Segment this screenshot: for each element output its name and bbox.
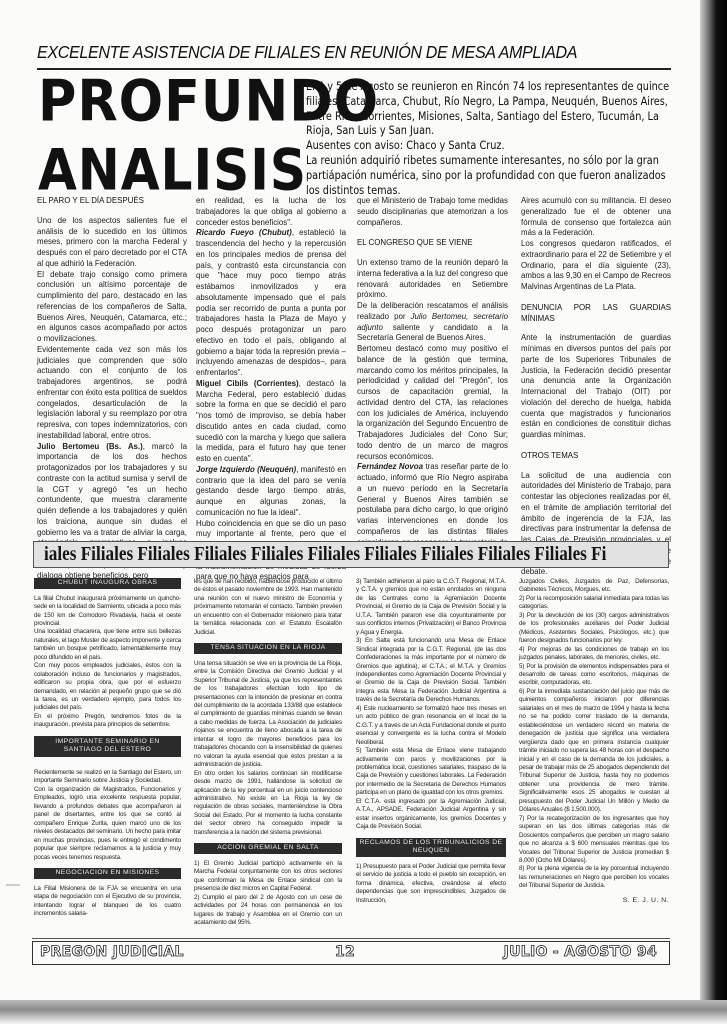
speaker-quote: , estableció la trascendencia del hecho … <box>196 228 346 377</box>
page-number: 12 <box>335 944 355 960</box>
news-paragraph: 3) En Salta está funcionando una Mesa de… <box>356 637 506 705</box>
article-paragraph: Jorge Izquierdo (Neuquén), manifestó en … <box>196 465 346 519</box>
news-paragraph: 3) Por la devolución de los (30) cargos … <box>519 612 669 646</box>
news-paragraph: La Filial Misionera de la FJA se encuent… <box>34 885 181 919</box>
news-heading-misiones: NEGOCIACION EN MISIONES <box>34 868 181 879</box>
footer-rule-divider <box>32 938 670 939</box>
news-paragraph: Una localidad chacarera, que tiene entre… <box>34 628 181 662</box>
article-column-1: EL PARO Y EL DÍA DESPUÉS Uno de los aspe… <box>37 196 187 581</box>
filiales-banner: iales Filiales Filiales Filiales Filiale… <box>33 541 669 568</box>
kicker-headline: EXCELENTE ASISTENCIA DE FILIALES EN REUN… <box>37 42 618 63</box>
section-heading-otros-temas: OTROS TEMAS <box>521 451 671 462</box>
news-paragraph: Con muy pocos empleados judiciales, ésto… <box>34 662 181 713</box>
article-paragraph: De la deliberación rescatamos el análisi… <box>357 301 508 344</box>
main-headline-line2: ANALISIS <box>38 137 307 203</box>
article-paragraph: Miguel Cibils (Corrientes), destacó la M… <box>196 379 346 465</box>
speaker-name: Miguel Cibils (Corrientes) <box>196 379 299 388</box>
section-heading-congreso: EL CONGRESO QUE SE VIENE <box>357 238 508 249</box>
lead-text-2: Ausentes con aviso: Chaco y Santa Cruz. <box>306 139 676 154</box>
section-heading-paro: EL PARO Y EL DÍA DESPUÉS <box>37 196 187 207</box>
news-paragraph: 1) Presupuesto para el Poder Judicial qu… <box>356 863 506 905</box>
news-paragraph: Con la organización de Magistrados, Func… <box>34 786 181 862</box>
news-heading-salta: ACCION GREMIAL EN SALTA <box>194 843 342 854</box>
news-column-3: 3) También adhirieron al paro la C.G.T. … <box>356 578 506 905</box>
news-paragraph: Recientemente se realizó en la Santiago … <box>34 769 181 786</box>
spacer <box>521 293 671 303</box>
news-paragraph: 4) Este nucleamiento se formalizó hace t… <box>356 705 506 747</box>
news-paragraph: 3) También adhirieron al paro la C.G.T. … <box>356 578 506 637</box>
news-paragraph: En el próximo Pregón, tendremos fotos de… <box>34 713 181 730</box>
news-paragraph: En otro orden los salarios continúan sin… <box>194 770 342 838</box>
speaker-name: Julio Bertomeu (Bs. As.) <box>37 442 143 451</box>
news-heading-santiago: IMPORTANTE SEMINARIO EN SANTIAGO DEL EST… <box>34 736 181 757</box>
news-paragraph: 1) El Gremio Judicial participó activame… <box>194 860 342 894</box>
issue-date: JULIO - AGOSTO 94 <box>504 944 657 960</box>
news-column-4: Juzgados Civiles, Juzgados de Paz, Defen… <box>519 578 669 905</box>
speaker-quote: , destacó la Marcha Federal, pero establ… <box>196 379 346 463</box>
news-paragraph: 4) Por mejoras de las condiciones de tra… <box>519 646 669 663</box>
news-heading-chubut: CHUBUT INAUGURA OBRAS <box>34 578 181 589</box>
article-paragraph: en realidad, es la lucha de los trabajad… <box>196 196 346 228</box>
news-paragraph: 7) Por la recategorización de los ingres… <box>519 815 669 866</box>
article-paragraph: que el Ministerio de Trabajo tome medida… <box>357 196 508 228</box>
news-heading-rioja: TENSA SITUACION EN LA RIOJA <box>194 643 342 654</box>
article-paragraph: Bertomeu destacó como muy positivo el ba… <box>357 344 508 462</box>
speaker-name: Jorge Izquierdo (Neuquén) <box>196 465 296 474</box>
article-column-2: en realidad, es la lucha de los trabajad… <box>196 196 346 583</box>
news-paragraph: 5) También esta Mesa de Enlace viene tra… <box>356 747 506 798</box>
news-paragraph: La filial Chubut inaugurará próximamente… <box>34 595 181 629</box>
banner-text: iales Filiales Filiales Filiales Filiale… <box>44 542 606 567</box>
heading-line: IMPORTANTE SEMINARIO EN <box>36 738 179 747</box>
lead-paragraph: El 4 y 5 de Agosto se reunieron en Rincó… <box>306 80 676 198</box>
speaker-name: Ricardo Fueyo (Chubut) <box>196 228 292 237</box>
spacer <box>357 228 508 238</box>
article-paragraph: Ricardo Fueyo (Chubut), estableció la tr… <box>196 228 346 379</box>
heading-line: SANTIAGO DEL ESTERO <box>36 746 179 755</box>
lead-text-1: El 4 y 5 de Agosto se reunieron en Rincó… <box>306 80 676 139</box>
speaker-name: Fernández Novoa <box>357 462 423 471</box>
publication-name: PREGON JUDICIAL <box>40 944 184 960</box>
news-paragraph: El C.T.A. está ingresado por la Agremiac… <box>356 798 506 832</box>
section-heading-guardias: DENUNCIA POR LAS GUARDIAS MÍNIMAS <box>521 303 671 325</box>
article-column-4: Aires acumuló con su militancia. El dese… <box>521 196 671 578</box>
article-paragraph: Evidentemente cada vez son más los judic… <box>37 345 187 442</box>
news-paragraph: les que se han recibido, habiéndose prod… <box>194 578 342 637</box>
page-footer: PREGON JUDICIAL 12 JULIO - AGOSTO 94 <box>32 941 670 965</box>
scan-speck <box>6 884 20 886</box>
article-paragraph: Aires acumuló con su militancia. El dese… <box>521 196 671 239</box>
article-paragraph: El debate trajo consigo como primera con… <box>37 270 187 345</box>
news-heading-neuquen: RECLAMOS DE LOS TRIBUNALICIOS DE NEUQUEN <box>356 838 506 857</box>
spacer <box>521 441 671 451</box>
news-paragraph: Juzgados Civiles, Juzgados de Paz, Defen… <box>519 578 669 595</box>
news-paragraph: 5) Por la provisión de elementos indispe… <box>519 663 669 688</box>
article-paragraph: Un extenso tramo de la reunión deparó la… <box>357 258 508 301</box>
newspaper-page: EXCELENTE ASISTENCIA DE FILIALES EN REUN… <box>0 0 700 1000</box>
article-paragraph: Uno de los aspectos salientes fue el aná… <box>37 216 187 270</box>
article-column-3: que el Ministerio de Trabajo tome medida… <box>357 196 508 570</box>
news-paragraph: 2) Por la recomposición salarial inmedia… <box>519 595 669 612</box>
news-paragraph: 8) Por la plena vigencia de la ley porce… <box>519 865 669 890</box>
scan-edge-shadow-bottom <box>0 1000 727 1024</box>
news-column-2: les que se han recibido, habiéndose prod… <box>194 578 342 928</box>
news-paragraph: 2) Cumplió el paro del 2 de Agosto con u… <box>194 894 342 928</box>
lead-text-3: La reunión adquirió ribetes sumamente in… <box>306 154 676 198</box>
scan-edge-shadow-right <box>700 0 727 1024</box>
signature: S. E. J. U. N. <box>519 897 669 905</box>
article-paragraph: Los congresos quedaron ratificados, el e… <box>521 239 671 293</box>
news-column-1: CHUBUT INAUGURA OBRAS La filial Chubut i… <box>34 578 181 918</box>
article-paragraph: Ante la instrumentación de guardias míni… <box>521 333 671 441</box>
news-paragraph: 6) Por la inmediata sustanciación del ju… <box>519 688 669 815</box>
news-paragraph: Una tensa situación se vive en la provin… <box>194 660 342 770</box>
